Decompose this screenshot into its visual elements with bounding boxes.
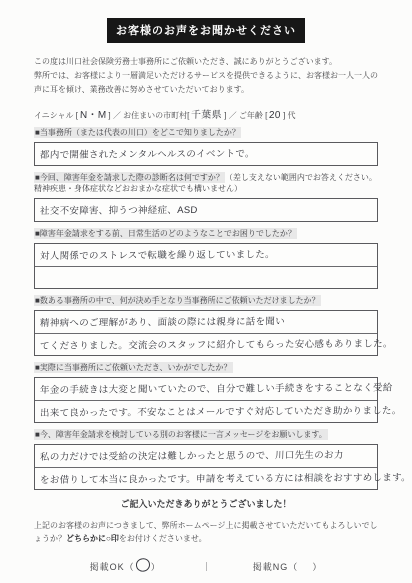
handwritten-circle-icon	[135, 558, 150, 573]
question-label: ■実際に当事務所にご依頼いただき、いかがでしたか？	[34, 362, 378, 373]
answer-row: 都内で開催されたメンタルヘルスのイベントで。	[35, 143, 377, 165]
question-label: ■当事務所（または代表の川口）をどこで知りましたか？	[34, 127, 378, 138]
question-block-message: ■今、障害年金請求を検討している別のお客様に一言メッセージをお願いします。 私の…	[34, 429, 378, 490]
handwritten-answer: をお借りして本当に良かったです。申請を考えている方には相談をおすすめします。	[40, 469, 411, 486]
thanks-message: ご記入いただきありがとうございました！	[34, 497, 378, 510]
scanned-feedback-form: お客様のお声をお聞かせください この度は川口社会保険労務士事務所にご依頼いただき…	[0, 0, 412, 583]
handwritten-answer: 年金の手続きは大変と聞いていたので、自分で難しい手続きをすることなく受給	[40, 380, 393, 396]
profile-row: イニシャル [N・M] ／ お住まいの市町村[千葉県] ／ ご年齢 [20] 代	[34, 106, 378, 121]
intro-text: この度は川口社会保険労務士事務所にご依頼いただき、誠にありがとうございます。 弊…	[34, 55, 378, 97]
city-value-handwritten: 千葉県	[191, 106, 222, 121]
answer-row: てくださりました。交流会のスタッフに紹介してもらった安心感もありました。	[35, 333, 377, 355]
answer-box: 社交不安障害、抑うつ神経症、ASD	[34, 198, 378, 222]
question-label: ■今回、障害年金を請求した際の診断名は何ですか？（差し支えない範囲内でお答えくだ…	[34, 172, 378, 194]
intro-line-2: 弊所では、お客様により一層満足いただけるサービスを提供できるように、お客様お一人…	[34, 69, 378, 97]
handwritten-answer: 都内で開催されたメンタルヘルスのイベントで。	[40, 145, 255, 161]
age-value-handwritten: 20	[269, 110, 281, 121]
question-label: ■今、障害年金請求を検討している別のお客様に一言メッセージをお願いします。	[34, 429, 378, 440]
answer-row: 社交不安障害、抑うつ神経症、ASD	[35, 199, 377, 221]
question-label: ■障害年金請求をする前、日常生活のどのようなことでお困りでしたか？	[34, 228, 378, 239]
answer-box: 年金の手続きは大変と聞いていたので、自分で難しい手続きをすることなく受給 出来て…	[34, 377, 378, 423]
answer-row-empty	[35, 266, 377, 288]
handwritten-answer: 私の力だけでは受給の決定は難しかったと思うので、川口先生のお力	[40, 447, 344, 463]
publish-choice-row: 掲載OK（） ｜ 掲載NG（）	[34, 558, 378, 573]
answer-row: 年金の手続きは大変と聞いていたので、自分で難しい手続きをすることなく受給	[35, 378, 377, 400]
answer-box: 都内で開催されたメンタルヘルスのイベントで。	[34, 142, 378, 166]
answer-box: 私の力だけでは受給の決定は難しかったと思うので、川口先生のお力 をお借りして本当…	[34, 444, 378, 490]
page-title: お客様のお声をお聞かせください	[107, 18, 305, 43]
question-block-source: ■当事務所（または代表の川口）をどこで知りましたか？ 都内で開催されたメンタルヘ…	[34, 127, 378, 166]
handwritten-answer: 社交不安障害、抑うつ神経症、ASD	[40, 202, 198, 217]
question-block-experience: ■実際に当事務所にご依頼いただき、いかがでしたか？ 年金の手続きは大変と聞いてい…	[34, 362, 378, 423]
publish-ng-label: 掲載NG	[253, 562, 289, 572]
answer-box: 対人関係でのストレスで転職を繰り返していました。	[34, 243, 378, 289]
answer-row: 私の力だけでは受給の決定は難しかったと思うので、川口先生のお力	[35, 445, 377, 467]
initial-value-handwritten: N・M	[80, 106, 107, 121]
answer-row: 精神病へのご理解があり、面談の際には親身に話を聞い	[35, 311, 377, 333]
publish-instruction-bold: どちらかに○印	[66, 534, 119, 543]
question-block-diagnosis: ■今回、障害年金を請求した際の診断名は何ですか？（差し支えない範囲内でお答えくだ…	[34, 172, 378, 222]
initial-label: イニシャル [	[34, 111, 78, 120]
handwritten-answer: 対人関係でのストレスで転職を繰り返していました。	[40, 246, 275, 262]
divider-bar: ｜	[202, 562, 212, 572]
intro-line-1: この度は川口社会保険労務士事務所にご依頼いただき、誠にありがとうございます。	[34, 55, 378, 69]
question-block-daily-trouble: ■障害年金請求をする前、日常生活のどのようなことでお困りでしたか？ 対人関係での…	[34, 228, 378, 289]
answer-row: をお借りして本当に良かったです。申請を考えている方には相談をおすすめします。	[35, 467, 377, 489]
publish-ok-label: 掲載OK	[90, 562, 125, 572]
handwritten-answer: 精神病へのご理解があり、面談の際には親身に話を聞い	[40, 313, 285, 329]
age-suffix: ] 代	[283, 111, 295, 120]
city-label: ] ／ お住まいの市町村[	[108, 111, 189, 120]
age-label: ] ／ ご年齢 [	[224, 111, 267, 120]
answer-row: 出来て良かったです。不安なことはメールですぐ対応していただき助かりました。	[35, 400, 377, 422]
answer-row: 対人関係でのストレスで転職を繰り返していました。	[35, 244, 377, 266]
question-block-deciding-factor: ■数ある事務所の中で、何が決め手となり当事務所にご依頼いただけましたか？ 精神病…	[34, 295, 378, 356]
handwritten-answer: てくださりました。交流会のスタッフに紹介してもらった安心感もありました。	[40, 336, 393, 352]
question-label: ■数ある事務所の中で、何が決め手となり当事務所にご依頼いただけましたか？	[34, 295, 378, 306]
publish-permission-text: 上記のお客様のお声につきまして、弊所ホームページ上に掲載させていただいてもよろし…	[34, 519, 378, 545]
handwritten-answer: 出来て良かったです。不安なことはメールですぐ対応していただき助かりました。	[40, 402, 402, 419]
answer-box: 精神病へのご理解があり、面談の際には親身に話を聞い てくださりました。交流会のス…	[34, 310, 378, 356]
title-row: お客様のお声をお聞かせください	[34, 18, 378, 43]
